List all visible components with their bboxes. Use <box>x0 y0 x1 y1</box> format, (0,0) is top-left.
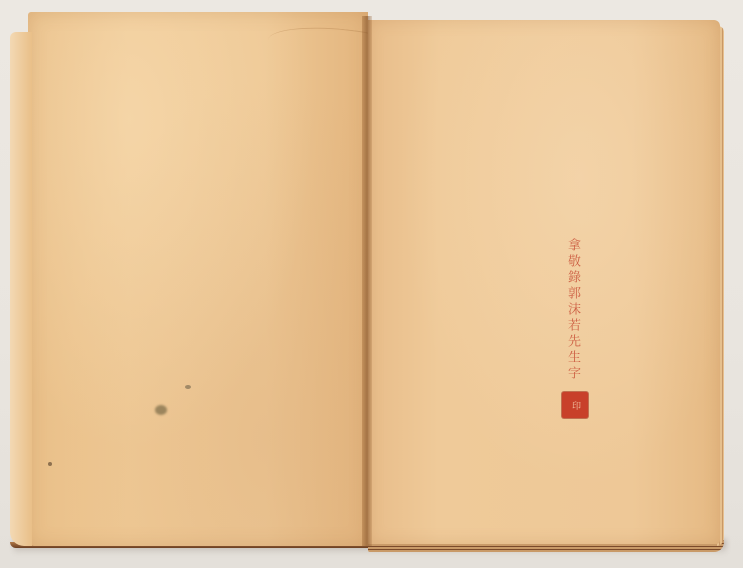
red-seal-stamp: 印 <box>562 392 588 418</box>
left-page <box>28 12 368 546</box>
handwritten-inscription: 拿敬錄郭沫若先生字 <box>563 238 581 382</box>
seal-text: 印 <box>570 401 580 410</box>
right-page <box>368 20 720 544</box>
book-gutter <box>362 16 372 546</box>
stain <box>155 405 167 415</box>
stain <box>48 462 52 466</box>
photo-scene: 拿敬錄郭沫若先生字 印 <box>0 0 743 568</box>
stain <box>185 385 191 389</box>
